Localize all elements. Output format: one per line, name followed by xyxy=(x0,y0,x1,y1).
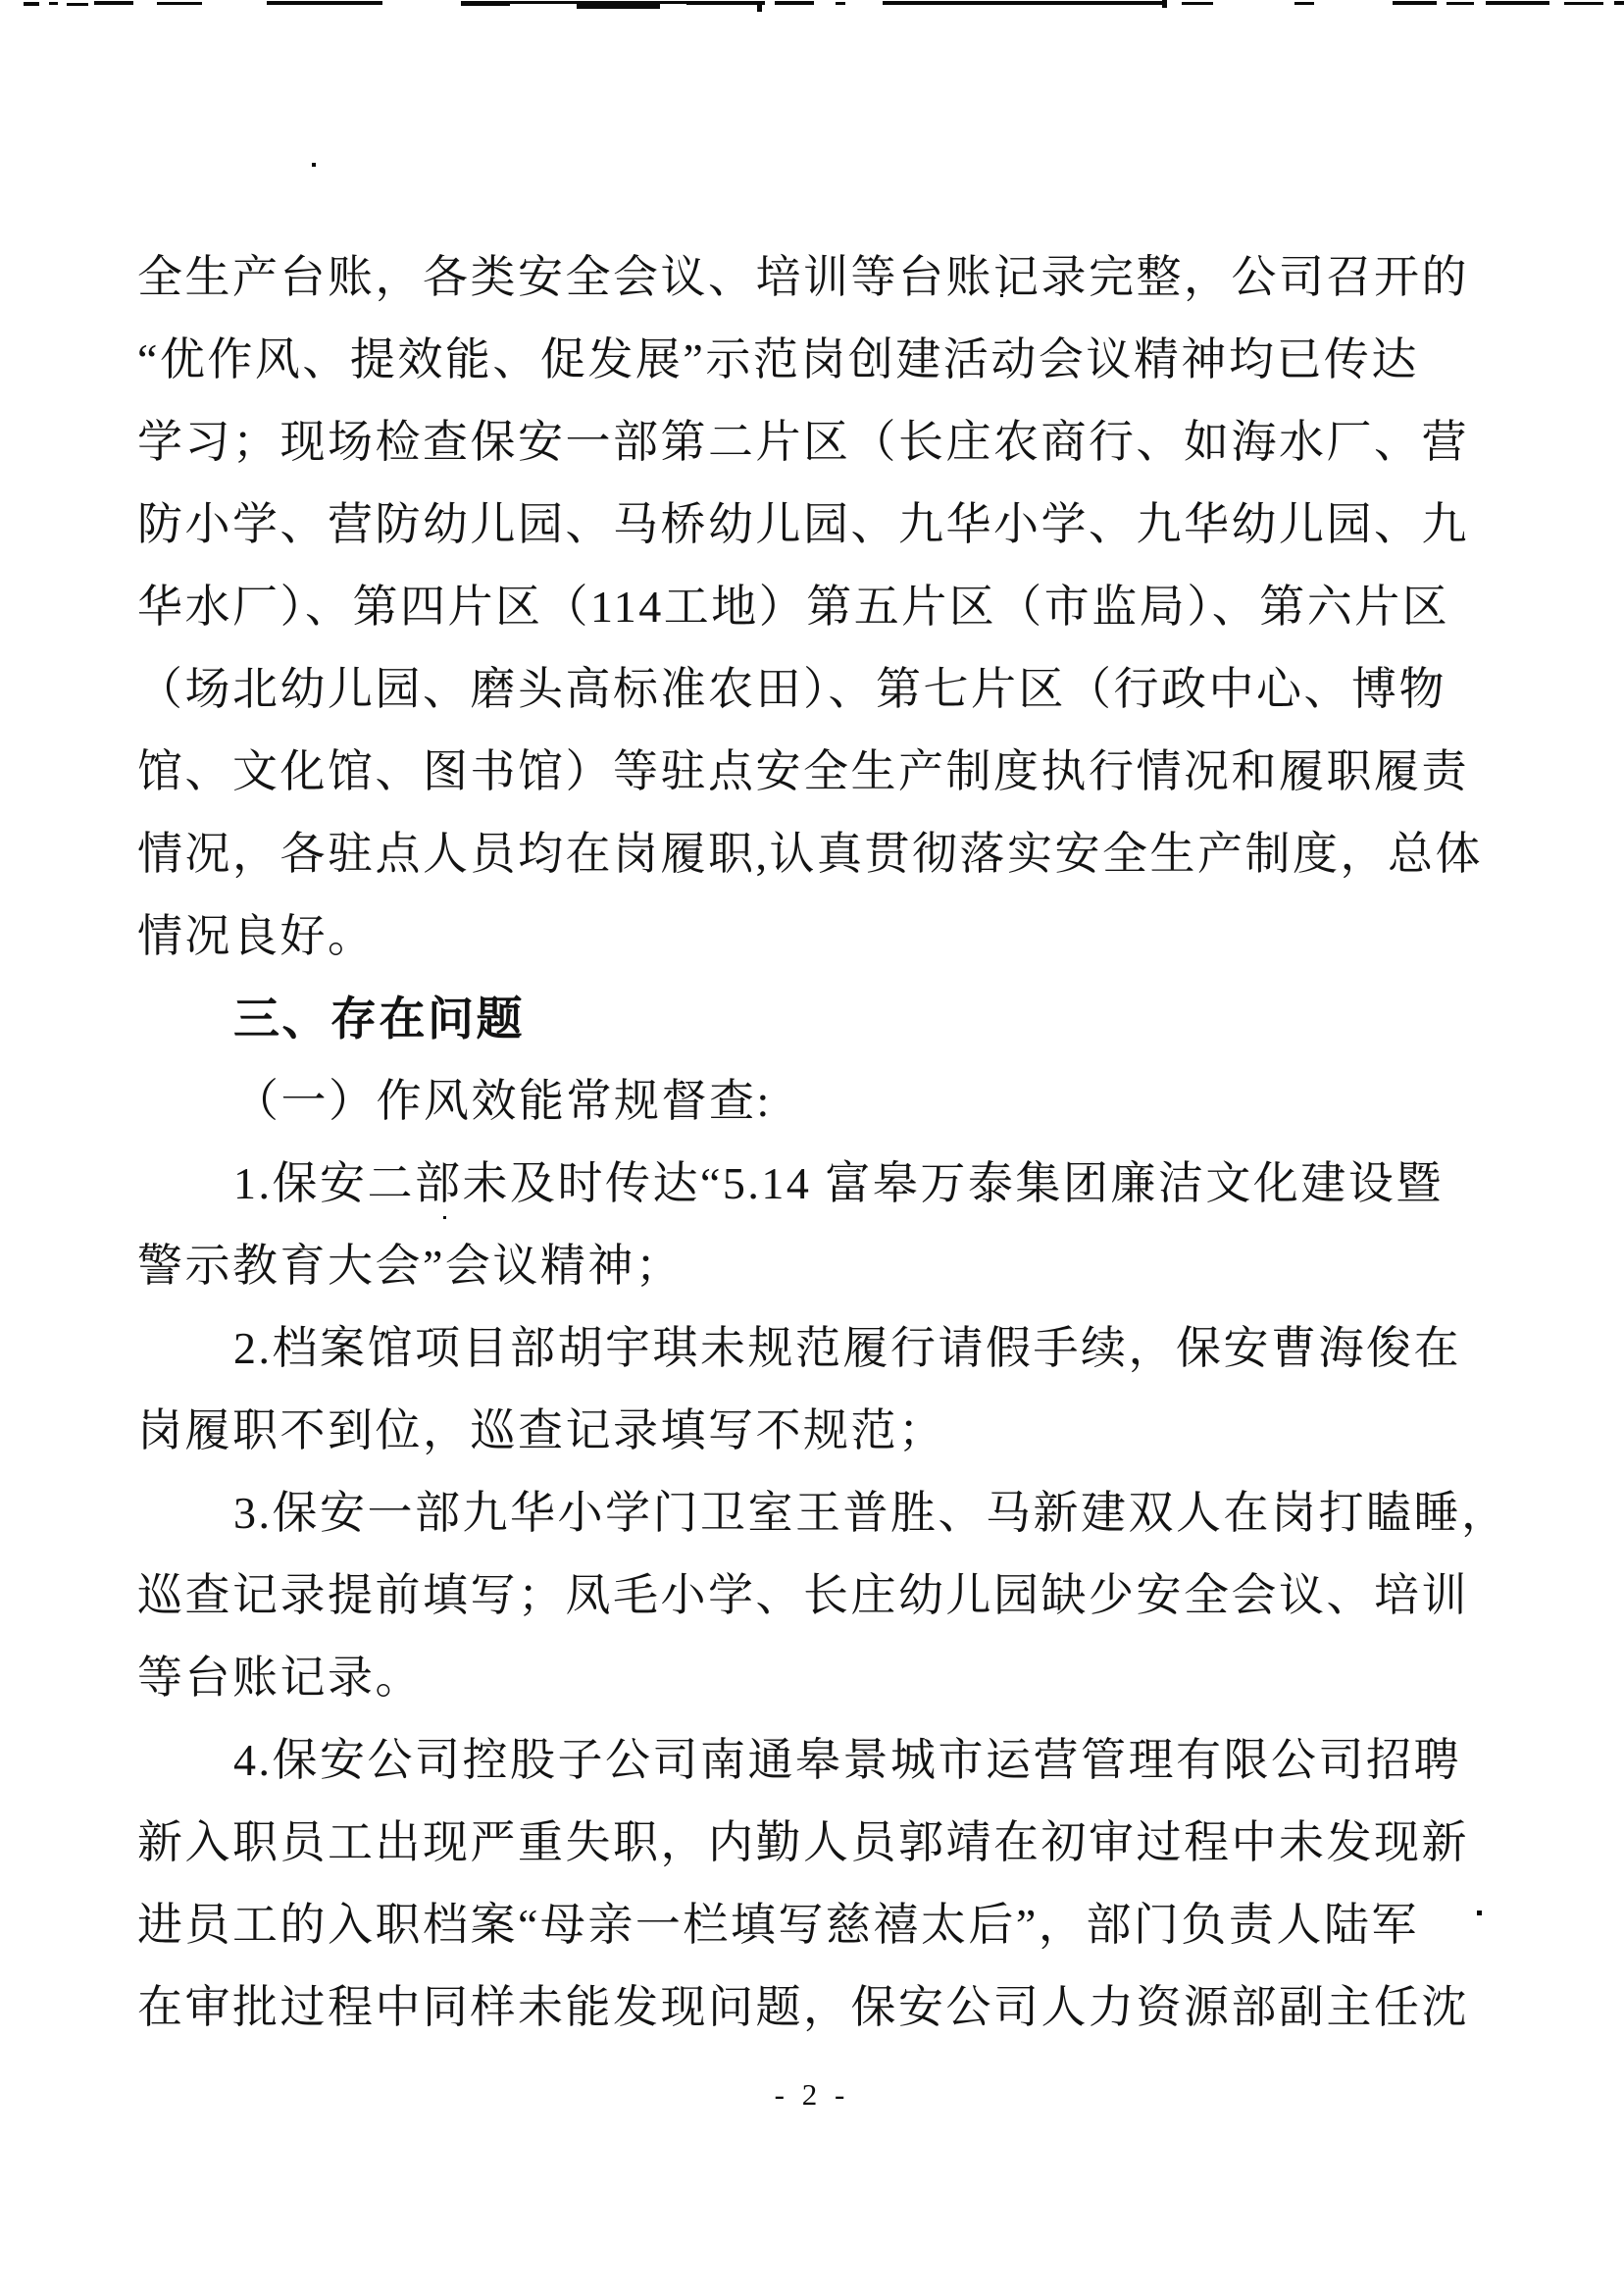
scan-noise-mark xyxy=(1564,2,1603,5)
scan-noise-mark xyxy=(836,2,845,5)
text-line: 巡查记录提前填写；凤毛小学、长庄幼儿园缺少安全会议、培训 xyxy=(137,1554,1500,1637)
text-line: 全生产台账，各类安全会议、培训等台账记录完整，公司召开的 xyxy=(137,236,1500,319)
scan-noise-mark xyxy=(757,1,762,12)
text-line: 在审批过程中同样未能发现问题，保安公司人力资源部副主任沈 xyxy=(137,1966,1500,2049)
scan-noise-mark xyxy=(461,1,510,6)
scan-noise-mark xyxy=(1393,1,1437,5)
scan-noise-mark xyxy=(1162,0,1167,8)
scan-noise-mark xyxy=(686,2,765,5)
scan-noise-mark xyxy=(94,1,133,5)
text-line: 进员工的入职档案“母亲一栏填写慈禧太后”，部门负责人陆军 xyxy=(137,1884,1500,1966)
section-heading: 三、存在问题 xyxy=(137,978,1500,1060)
scan-noise-mark xyxy=(67,3,88,6)
text-line: 馆、文化馆、图书馆）等驻点安全生产制度执行情况和履职履责 xyxy=(137,731,1500,813)
text-line: 新入职员工出现严重失职，内勤人员郭靖在初审过程中未发现新 xyxy=(137,1802,1500,1884)
scan-noise-mark xyxy=(24,2,39,6)
text-line: 华水厂）、第四片区（114工地）第五片区（市监局）、第六片区 xyxy=(137,566,1500,648)
scan-noise-mark xyxy=(49,2,58,5)
scan-noise-mark xyxy=(157,2,202,5)
scan-noise-mark xyxy=(883,1,1167,5)
text-line: 防小学、营防幼儿园、马桥幼儿园、九华小学、九华幼儿园、九 xyxy=(137,484,1500,566)
scan-noise-mark xyxy=(267,1,382,5)
text-line: 岗履职不到位，巡查记录填写不规范； xyxy=(137,1390,1500,1472)
scan-noise-mark xyxy=(312,163,316,167)
text-line: 等台账记录。 xyxy=(137,1637,1500,1719)
text-line: 警示教育大会”会议精神； xyxy=(137,1225,1500,1307)
text-line: 3.保安一部九华小学门卫室王普胜、马新建双人在岗打瞌睡， xyxy=(137,1472,1500,1554)
text-line: 情况，各驻点人员均在岗履职,认真贯彻落实安全生产制度，总体 xyxy=(137,813,1500,895)
text-line: 情况良好。 xyxy=(137,895,1500,978)
text-line: “优作风、提效能、促发展”示范岗创建活动会议精神均已传达 xyxy=(137,319,1500,401)
page-number: - 2 - xyxy=(0,2077,1624,2113)
subsection-heading: （一）作风效能常规督查: xyxy=(137,1060,1500,1143)
document-body: 全生产台账，各类安全会议、培训等台账记录完整，公司召开的 “优作风、提效能、促发… xyxy=(137,236,1500,2049)
scan-noise-mark xyxy=(775,1,814,5)
scan-noise-mark xyxy=(1294,2,1314,5)
text-line: 4.保安公司控股子公司南通皋景城市运营管理有限公司招聘 xyxy=(137,1719,1500,1802)
scan-noise-mark xyxy=(577,4,660,9)
scan-noise-mark xyxy=(1182,2,1213,5)
text-line: 2.档案馆项目部胡宇琪未规范履行请假手续，保安曹海俊在 xyxy=(137,1307,1500,1390)
text-line: 1.保安二部未及时传达“5.14 富皋万泰集团廉洁文化建设暨 xyxy=(137,1143,1500,1225)
scan-noise-mark xyxy=(1614,1,1624,5)
text-line: 学习；现场检查保安一部第二片区（长庄农商行、如海水厂、营 xyxy=(137,401,1500,484)
scan-noise-mark xyxy=(1486,1,1549,5)
text-line: （场北幼儿园、磨头高标准农田）、第七片区（行政中心、博物 xyxy=(137,648,1500,731)
scan-noise-mark xyxy=(1446,2,1474,5)
document-page: 全生产台账，各类安全会议、培训等台账记录完整，公司召开的 “优作风、提效能、促发… xyxy=(0,0,1624,2293)
